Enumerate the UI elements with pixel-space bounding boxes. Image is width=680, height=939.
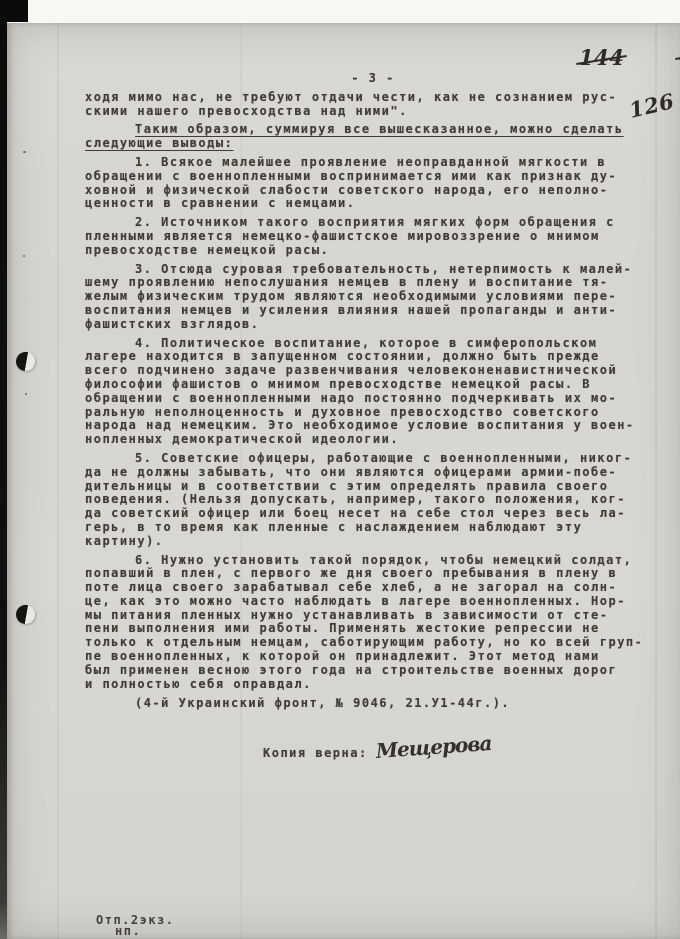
typewritten-text-column: - 3 - ходя мимо нас, не требуют отдачи ч… <box>85 72 661 761</box>
paper-fold-line <box>57 23 59 939</box>
paragraph-6: 6. Нужно установить такой порядок, чтобы… <box>85 554 661 692</box>
paper-speck <box>25 393 27 395</box>
paragraph-2: 2. Источником такого восприятия мягких ф… <box>85 216 661 257</box>
scan-edge-strip <box>0 0 7 939</box>
scanned-document-page: { "document": { "page_number": "- 3 -", … <box>0 0 680 939</box>
handwritten-signature: Мещерова <box>376 737 492 759</box>
punch-hole-top <box>16 352 35 371</box>
intro-paragraph: ходя мимо нас, не требуют отдачи чести, … <box>85 91 661 119</box>
source-reference: (4-й Украинский фронт, № 9046, 21.У1-44г… <box>85 697 661 711</box>
page-number: - 3 - <box>85 72 661 86</box>
punch-hole-bottom <box>16 605 35 624</box>
paragraph-1: 1. Всякое малейшее проявление неоправдан… <box>85 156 661 211</box>
paper-speck <box>23 151 26 153</box>
certification-line: Копия верна: Мещерова <box>263 744 661 761</box>
paragraph-5: 5. Советские офицеры, работающие с военн… <box>85 452 661 549</box>
scan-corner-block <box>0 0 28 22</box>
print-note-initials: нп. <box>115 926 175 937</box>
handwritten-page-number-crossed: 144 <box>579 45 624 70</box>
print-note: Отп.2экз. нп. <box>96 915 175 937</box>
paragraph-3: 3. Отсюда суровая требовательность, нете… <box>85 263 661 332</box>
certification-label: Копия верна: <box>263 746 368 760</box>
paragraph-4: 4. Политическое воспитание, которое в си… <box>85 337 661 447</box>
paper-speck <box>23 255 25 257</box>
conclusions-heading: Таким образом, суммируя все вышесказанно… <box>85 123 661 151</box>
